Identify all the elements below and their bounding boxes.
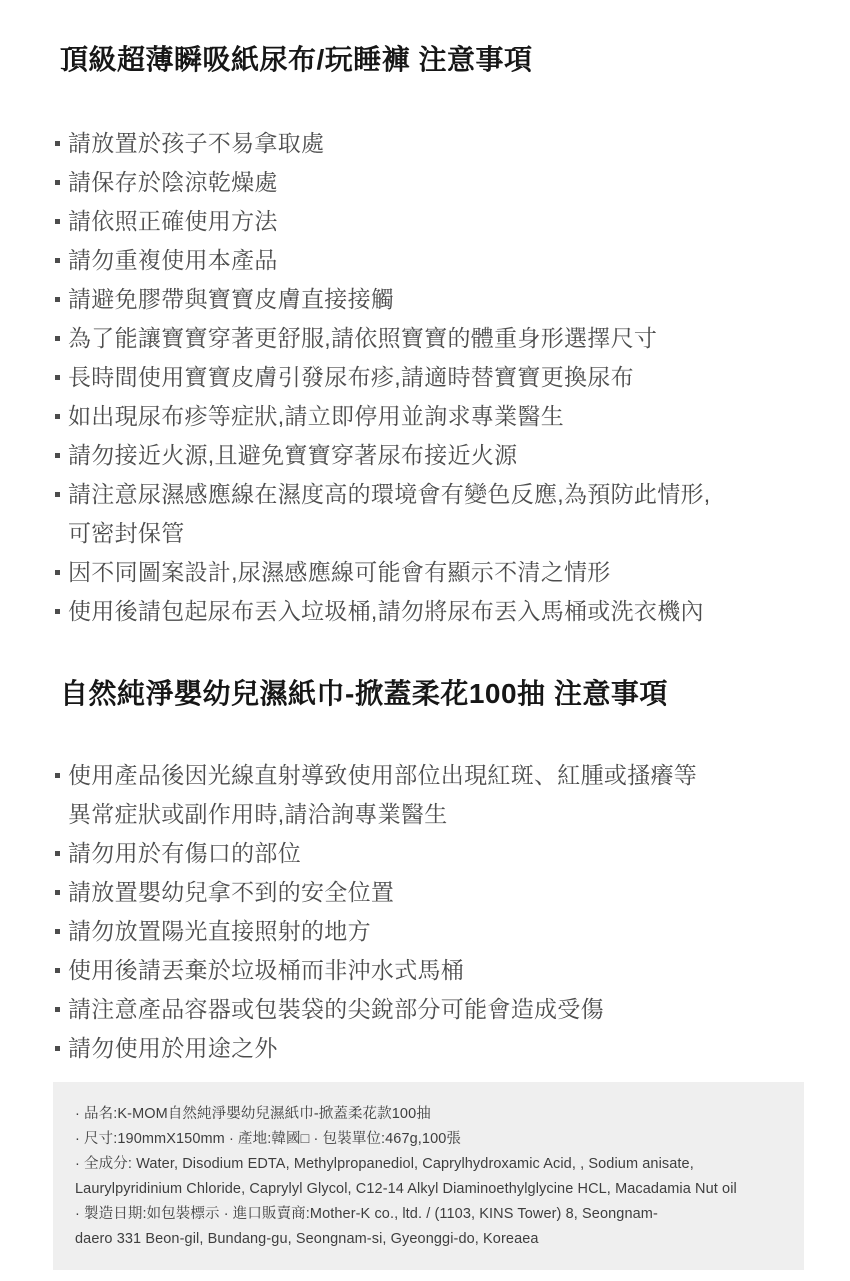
- notice-item: 使用產品後因光線直射導致使用部位出現紅斑、紅腫或搔癢等 異常症狀或副作用時,請洽…: [55, 756, 805, 834]
- product-notices-page: 頂級超薄瞬吸紙尿布/玩睡褲 注意事項 請放置於孩子不易拿取處 請保存於陰涼乾燥處…: [0, 0, 850, 1270]
- info-line-ingredients: · 全成分: Water, Disodium EDTA, Methylpropa…: [75, 1152, 782, 1202]
- notice-item: 請注意尿濕感應線在濕度高的環境會有變色反應,為預防此情形, 可密封保管: [55, 475, 805, 553]
- notice-item: 請避免膠帶與寶寶皮膚直接接觸: [55, 280, 805, 319]
- notice-item-text: 請勿用於有傷口的部位: [68, 840, 301, 866]
- square-bullet-icon: [55, 180, 60, 185]
- square-bullet-icon: [55, 492, 60, 497]
- square-bullet-icon: [55, 609, 60, 614]
- square-bullet-icon: [55, 453, 60, 458]
- wipes-section-title: 自然純淨嬰幼兒濕紙巾-掀蓋柔花100抽 注意事項: [60, 676, 805, 712]
- square-bullet-icon: [55, 968, 60, 973]
- square-bullet-icon: [55, 375, 60, 380]
- notice-item-text: 請依照正確使用方法: [68, 208, 278, 234]
- notice-item: 為了能讓寶寶穿著更舒服,請依照寶寶的體重身形選擇尺寸: [55, 319, 805, 358]
- notice-item-text: 請勿重複使用本產品: [68, 247, 278, 273]
- product-info-box: · 品名:K-MOM自然純淨嬰幼兒濕紙巾-掀蓋柔花款100抽 · 尺寸:190m…: [53, 1082, 804, 1270]
- notice-item-text: 請避免膠帶與寶寶皮膚直接接觸: [68, 286, 394, 312]
- notice-item: 請勿放置陽光直接照射的地方: [55, 912, 805, 951]
- wipes-notice-section: 自然純淨嬰幼兒濕紙巾-掀蓋柔花100抽 注意事項 使用產品後因光線直射導致使用部…: [60, 676, 805, 1270]
- square-bullet-icon: [55, 297, 60, 302]
- notice-item: 請勿重複使用本產品: [55, 241, 805, 280]
- info-line-product-name: · 品名:K-MOM自然純淨嬰幼兒濕紙巾-掀蓋柔花款100抽: [75, 1102, 782, 1127]
- notice-item: 請勿使用於用途之外: [55, 1029, 805, 1068]
- square-bullet-icon: [55, 141, 60, 146]
- notice-item: 請勿接近火源,且避免寶寶穿著尿布接近火源: [55, 436, 805, 475]
- notice-item: 如出現尿布疹等症狀,請立即停用並詢求專業醫生: [55, 397, 805, 436]
- notice-item-text: 請放置嬰幼兒拿不到的安全位置: [68, 879, 394, 905]
- wipes-notice-list: 使用產品後因光線直射導致使用部位出現紅斑、紅腫或搔癢等 異常症狀或副作用時,請洽…: [55, 756, 805, 1068]
- square-bullet-icon: [55, 929, 60, 934]
- notice-item-text: 請注意產品容器或包裝袋的尖銳部分可能會造成受傷: [68, 996, 604, 1022]
- notice-item-text: 使用產品後因光線直射導致使用部位出現紅斑、紅腫或搔癢等 異常症狀或副作用時,請洽…: [68, 762, 697, 827]
- notice-item: 請注意產品容器或包裝袋的尖銳部分可能會造成受傷: [55, 990, 805, 1029]
- notice-item: 請放置於孩子不易拿取處: [55, 124, 805, 163]
- notice-item-text: 請勿放置陽光直接照射的地方: [68, 918, 371, 944]
- diaper-notice-section: 頂級超薄瞬吸紙尿布/玩睡褲 注意事項 請放置於孩子不易拿取處 請保存於陰涼乾燥處…: [60, 42, 805, 631]
- notice-item: 長時間使用寶寶皮膚引發尿布疹,請適時替寶寶更換尿布: [55, 358, 805, 397]
- notice-item: 請放置嬰幼兒拿不到的安全位置: [55, 873, 805, 912]
- square-bullet-icon: [55, 1046, 60, 1051]
- square-bullet-icon: [55, 570, 60, 575]
- notice-item-text: 請勿使用於用途之外: [68, 1035, 278, 1061]
- square-bullet-icon: [55, 336, 60, 341]
- notice-item-text: 如出現尿布疹等症狀,請立即停用並詢求專業醫生: [68, 403, 564, 429]
- notice-item: 使用後請包起尿布丟入垃圾桶,請勿將尿布丟入馬桶或洗衣機內: [55, 592, 805, 631]
- diaper-section-title: 頂級超薄瞬吸紙尿布/玩睡褲 注意事項: [60, 42, 805, 78]
- notice-item-text: 為了能讓寶寶穿著更舒服,請依照寶寶的體重身形選擇尺寸: [68, 325, 657, 351]
- diaper-notice-list: 請放置於孩子不易拿取處 請保存於陰涼乾燥處 請依照正確使用方法 請勿重複使用本產…: [55, 124, 805, 631]
- notice-item-text: 請注意尿濕感應線在濕度高的環境會有變色反應,為預防此情形, 可密封保管: [68, 481, 710, 546]
- notice-item: 使用後請丟棄於垃圾桶而非沖水式馬桶: [55, 951, 805, 990]
- square-bullet-icon: [55, 258, 60, 263]
- square-bullet-icon: [55, 219, 60, 224]
- notice-item-text: 長時間使用寶寶皮膚引發尿布疹,請適時替寶寶更換尿布: [68, 364, 634, 390]
- notice-item-text: 使用後請丟棄於垃圾桶而非沖水式馬桶: [68, 957, 464, 983]
- info-line-manufacture-importer: · 製造日期:如包裝標示 · 進口販賣商:Mother-K co., ltd. …: [75, 1202, 782, 1252]
- notice-item: 請勿用於有傷口的部位: [55, 834, 805, 873]
- square-bullet-icon: [55, 773, 60, 778]
- notice-item-text: 請勿接近火源,且避免寶寶穿著尿布接近火源: [68, 442, 517, 468]
- notice-item-text: 請保存於陰涼乾燥處: [68, 169, 278, 195]
- notice-item-text: 請放置於孩子不易拿取處: [68, 130, 324, 156]
- notice-item-text: 因不同圖案設計,尿濕感應線可能會有顯示不清之情形: [68, 559, 611, 585]
- notice-item: 請保存於陰涼乾燥處: [55, 163, 805, 202]
- square-bullet-icon: [55, 414, 60, 419]
- notice-item: 因不同圖案設計,尿濕感應線可能會有顯示不清之情形: [55, 553, 805, 592]
- square-bullet-icon: [55, 851, 60, 856]
- notice-item: 請依照正確使用方法: [55, 202, 805, 241]
- square-bullet-icon: [55, 1007, 60, 1012]
- square-bullet-icon: [55, 890, 60, 895]
- info-line-size-origin-unit: · 尺寸:190mmX150mm · 產地:韓國□ · 包裝單位:467g,10…: [75, 1127, 782, 1152]
- notice-item-text: 使用後請包起尿布丟入垃圾桶,請勿將尿布丟入馬桶或洗衣機內: [68, 598, 704, 624]
